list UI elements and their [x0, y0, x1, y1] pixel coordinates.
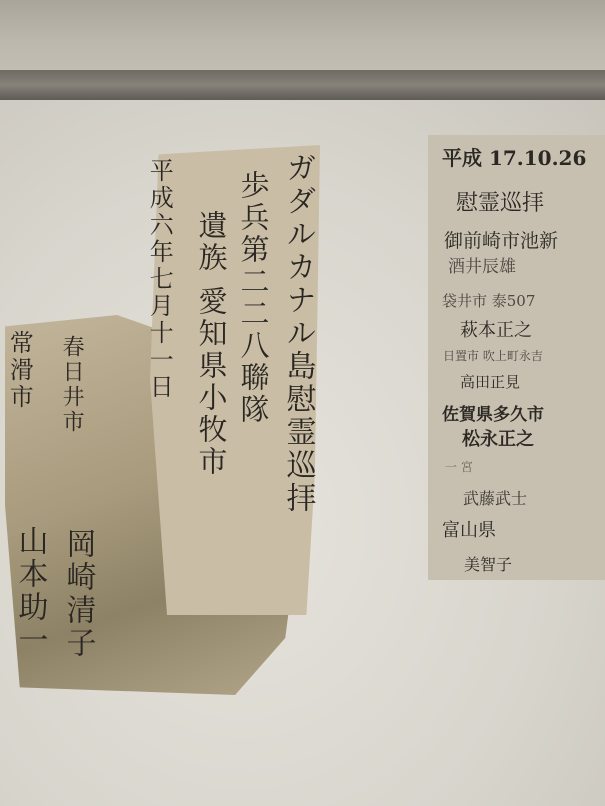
- right-line9: 一 宮: [445, 458, 473, 475]
- center-line2: 歩兵第二二八聯隊: [238, 170, 268, 426]
- center-line1: ガダルカナル島慰霊巡拝: [282, 152, 314, 515]
- left-name2: 岡崎清子: [62, 528, 94, 660]
- right-line3: 袋井市 泰507: [442, 290, 535, 311]
- right-line1: 御前崎市池新: [444, 226, 558, 253]
- right-title: 慰霊巡拝: [456, 186, 544, 217]
- right-line8: 松永正之: [462, 425, 534, 451]
- center-line3: 遺族 愛知県小牧市: [196, 210, 226, 478]
- right-line5: 日置市 吹上町永吉: [443, 347, 543, 364]
- right-line12: 美智子: [464, 552, 512, 575]
- right-line6: 高田正見: [460, 371, 520, 392]
- right-line10: 武藤武士: [463, 486, 527, 509]
- left-line2: 春日井市: [60, 335, 83, 435]
- right-line4: 萩本正之: [460, 316, 532, 342]
- center-line4: 平成六年七月十一日: [146, 158, 171, 401]
- right-line2: 酒井辰雄: [448, 252, 516, 277]
- left-line1: 常滑市: [6, 330, 31, 411]
- concrete-beam: [0, 70, 605, 100]
- ceiling: [0, 0, 605, 72]
- right-date: 平成 17.10.26: [442, 142, 586, 171]
- right-line7: 佐賀県多久市: [442, 400, 544, 425]
- right-line11: 富山県: [442, 516, 496, 542]
- left-name1: 山本助一: [14, 525, 46, 657]
